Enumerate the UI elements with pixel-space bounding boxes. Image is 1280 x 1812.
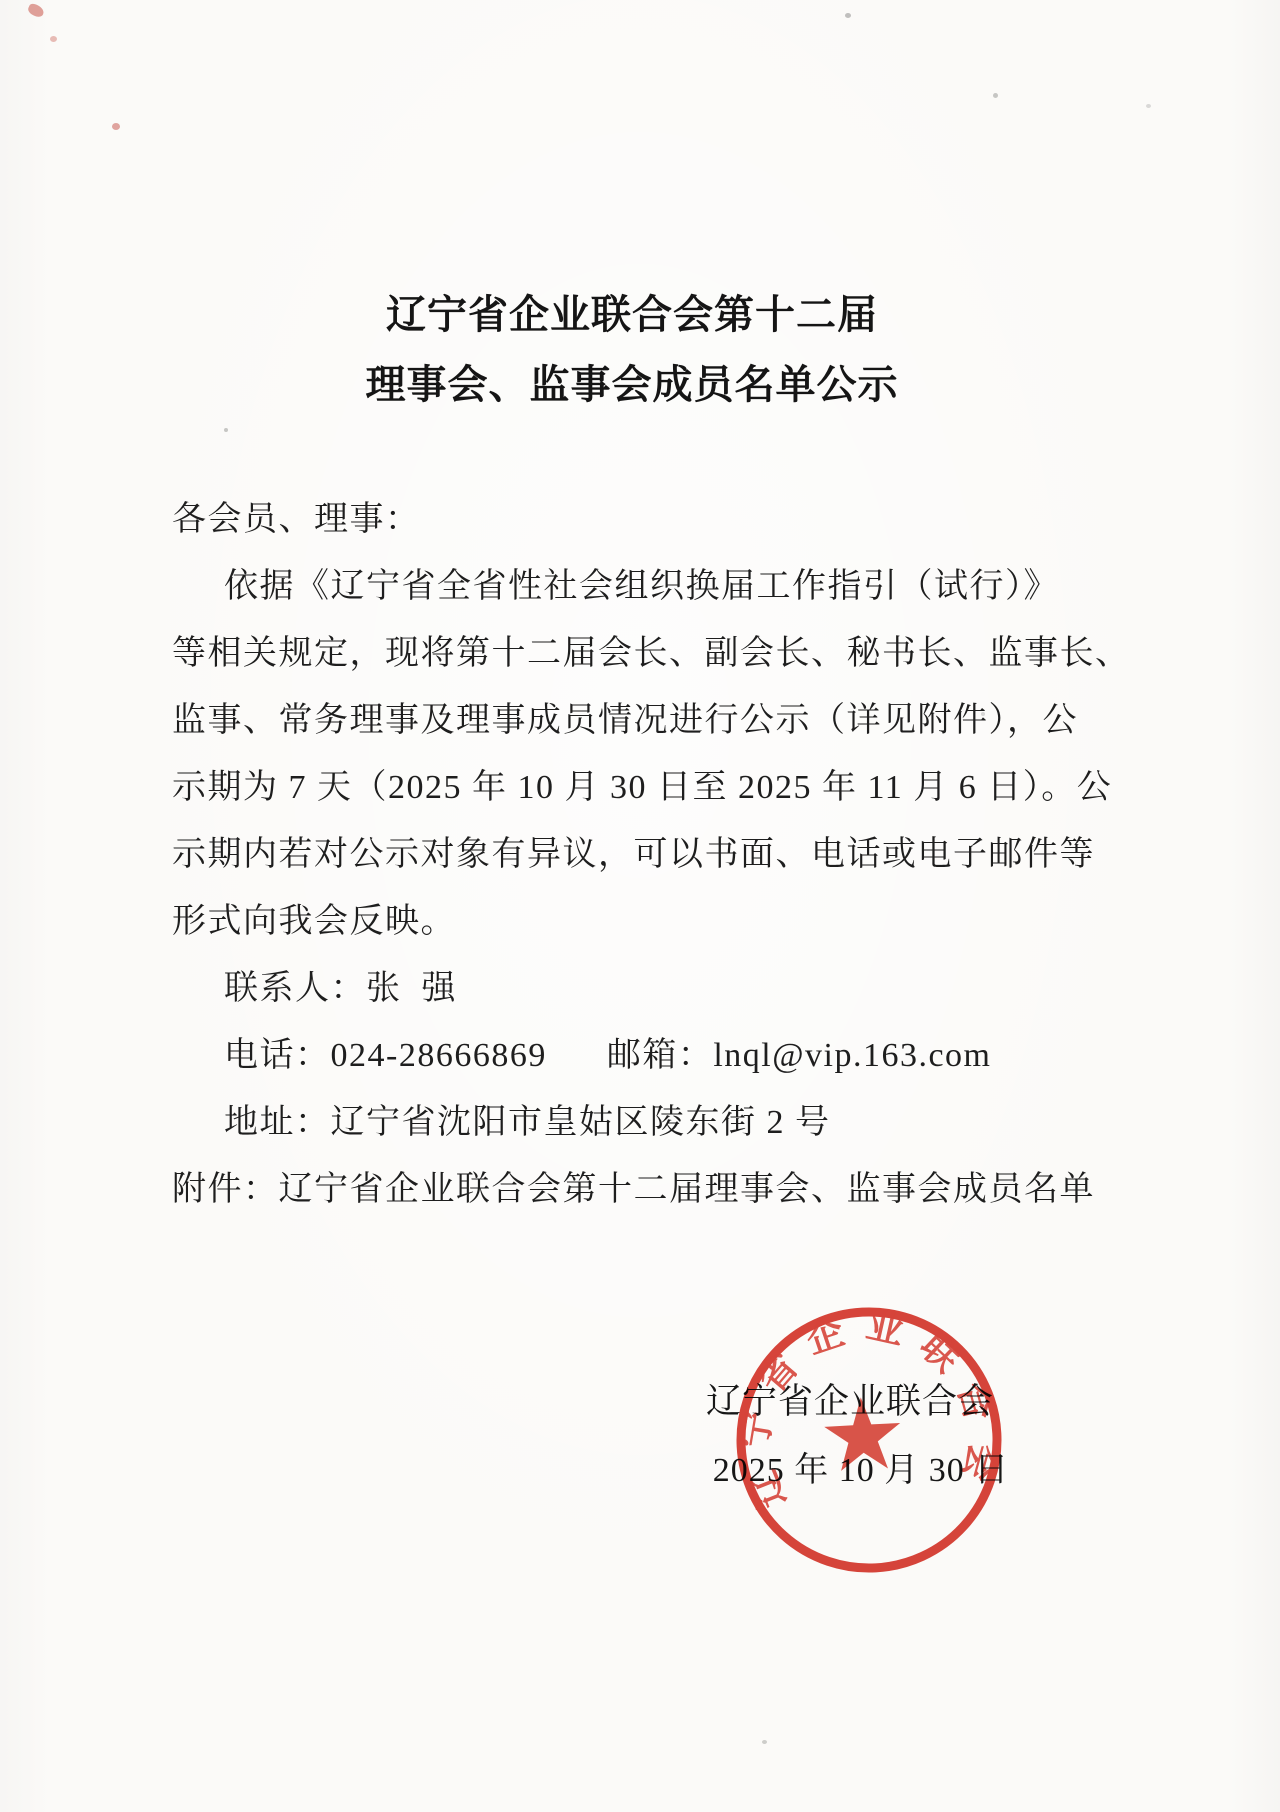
address-line: 地址：辽宁省沈阳市皇姑区陵东街 2 号 <box>172 1089 1102 1156</box>
body-line: 示期内若对公示对象有异议，可以书面、电话或电子邮件等 <box>172 821 1102 888</box>
scan-speck <box>845 13 851 18</box>
scan-speck <box>993 93 998 98</box>
scan-speck <box>224 428 228 432</box>
doc-title-line-1: 辽宁省企业联合会第十二届 <box>172 290 1092 340</box>
body-line: 形式向我会反映。 <box>172 888 1102 955</box>
phone-email-line: 电话：024-28666869 邮箱：lnql@vip.163.com <box>172 1022 1102 1089</box>
contact-person-line: 联系人：张 强 <box>172 955 1102 1022</box>
scan-speck <box>50 36 57 42</box>
doc-body: 各会员、理事： 依据《辽宁省全省性社会组织换届工作指引（试行）》 等相关规定，现… <box>172 486 1102 1223</box>
body-line: 监事、常务理事及理事成员情况进行公示（详见附件），公 <box>172 687 1102 754</box>
scan-speck <box>1146 104 1151 108</box>
attachment-line: 附件：辽宁省企业联合会第十二届理事会、监事会成员名单 <box>172 1156 1102 1223</box>
star-icon <box>823 1395 903 1471</box>
doc-title-line-2: 理事会、监事会成员名单公示 <box>172 360 1092 410</box>
body-line: 示期为 7 天（2025 年 10 月 30 日至 2025 年 11 月 6 … <box>172 754 1102 821</box>
scan-speck <box>981 712 985 716</box>
salutation: 各会员、理事： <box>172 486 1102 553</box>
body-line: 依据《辽宁省全省性社会组织换届工作指引（试行）》 <box>172 553 1102 620</box>
seal-arc-text: 辽宁省企业联合会 <box>726 1298 1008 1515</box>
scan-speck <box>112 123 120 130</box>
official-seal: 辽宁省企业联合会 <box>720 1291 1018 1589</box>
scan-speck <box>26 2 45 19</box>
body-line: 等相关规定，现将第十二届会长、副会长、秘书长、监事长、 <box>172 620 1102 687</box>
scan-speck <box>762 1740 767 1744</box>
scanned-document-page: 辽宁省企业联合会第十二届 理事会、监事会成员名单公示 各会员、理事： 依据《辽宁… <box>0 0 1280 1812</box>
